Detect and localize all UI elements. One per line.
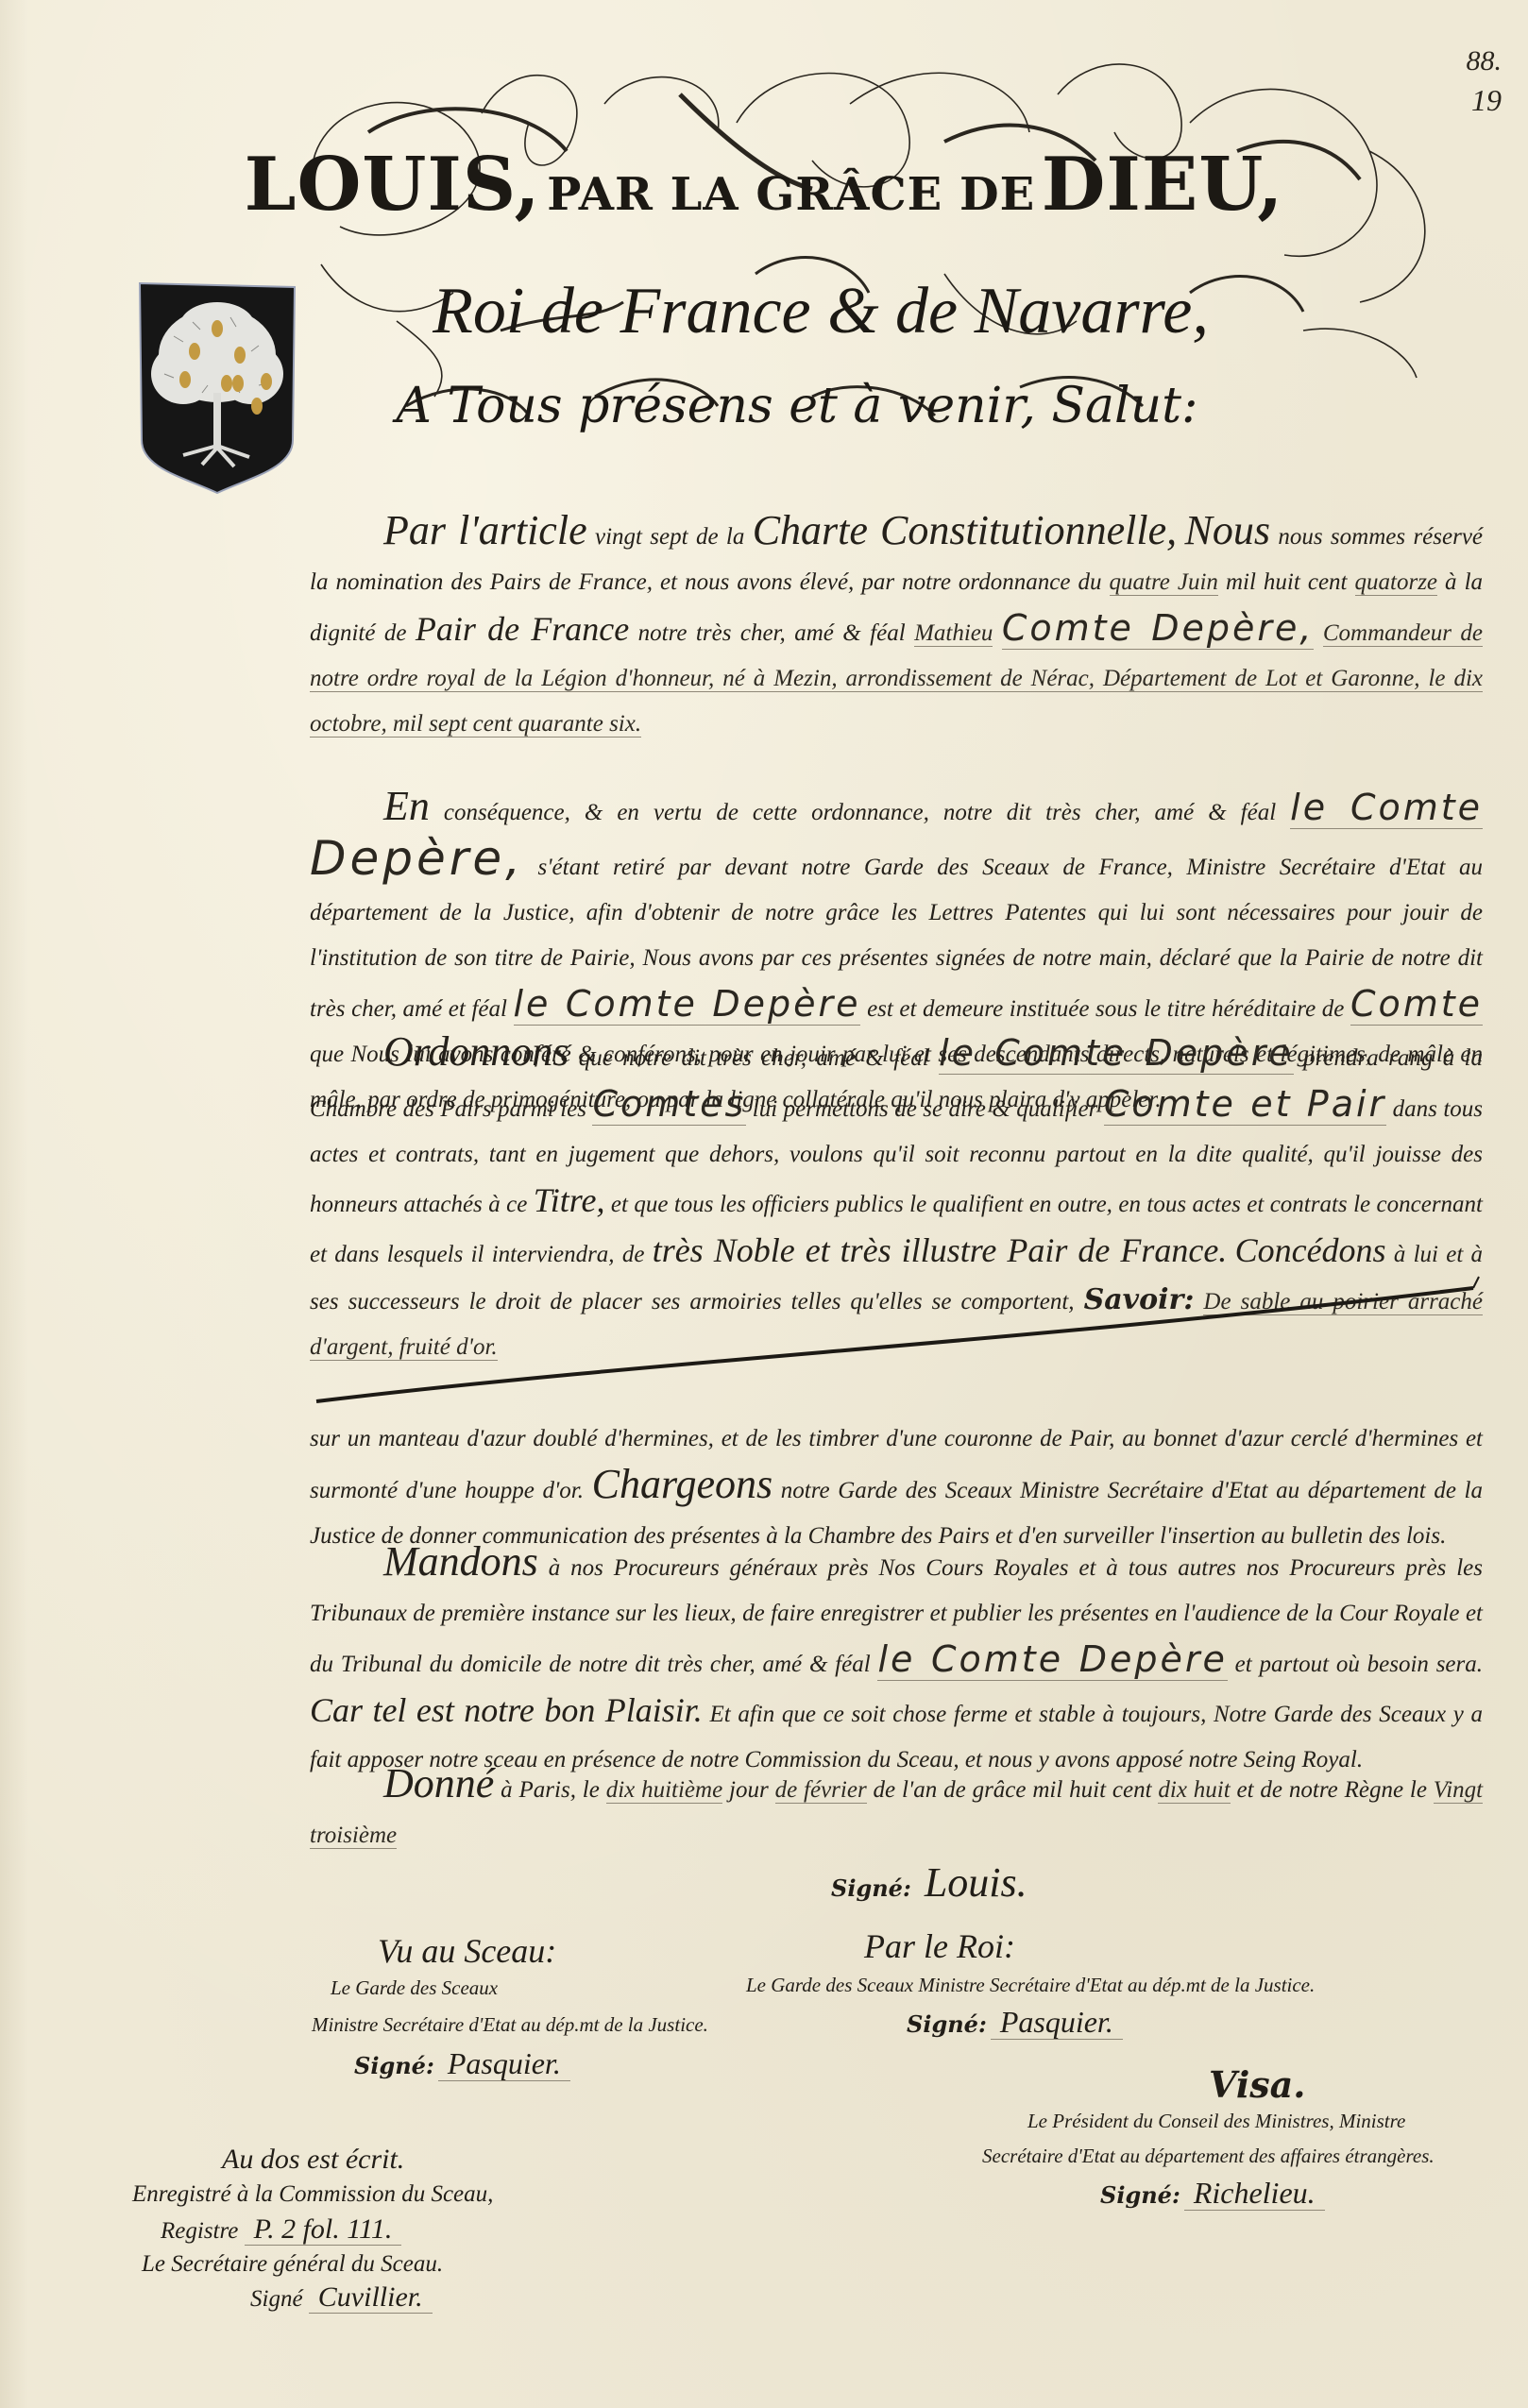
recipient-full-title: le Comte Depère bbox=[514, 983, 861, 1026]
title-dieu: DIEU, bbox=[1042, 142, 1284, 228]
lead-par-larticle: Par l'article bbox=[383, 507, 587, 553]
ordinance-date: quatre Juin bbox=[1110, 569, 1218, 596]
paragraph-donne: Donné à Paris, le dix huitième jour de f… bbox=[310, 1761, 1483, 1858]
recipient-name: Comte Depère, bbox=[1002, 607, 1315, 650]
hereditary-title: Comte bbox=[1350, 983, 1483, 1026]
paragraph-charter: Par l'article vingt sept de la Charte Co… bbox=[310, 508, 1483, 747]
richelieu-signature: Richelieu. bbox=[1184, 2176, 1325, 2211]
registre-reference: P. 2 fol. 111. bbox=[245, 2213, 402, 2246]
bon-plaisir: Car tel est notre bon Plaisir. bbox=[310, 1691, 703, 1729]
king-name: Louis. bbox=[915, 1859, 1037, 1906]
paragraph-ordonnons: Ordonnons que notre dit très cher, amé &… bbox=[310, 1029, 1483, 1370]
cuvillier-signature: Cuvillier. bbox=[309, 2281, 433, 2314]
coat-of-arms-pear-tree-icon bbox=[136, 280, 298, 497]
noble-title-phrase: très Noble et très illustre Pair de Fran… bbox=[653, 1231, 1228, 1269]
title-king-name: LOUIS, PAR LA GRÂCE DE DIEU, bbox=[0, 142, 1528, 228]
recipient-firstname: Mathieu bbox=[914, 620, 993, 647]
title-louis: LOUIS, bbox=[245, 142, 541, 228]
pasquier-signature: Pasquier. bbox=[438, 2046, 570, 2081]
charte-constitutionnelle: Charte Constitutionnelle, bbox=[753, 507, 1177, 553]
king-signature: Signé: Louis. bbox=[831, 1858, 1037, 1907]
registration-block: Au dos est écrit. Enregistré à la Commis… bbox=[132, 2144, 493, 2314]
vu-au-sceau-block: Vu au Sceau: Le Garde des Sceaux Ministr… bbox=[312, 1931, 708, 2081]
par-le-roi-block: Par le Roi: Le Garde des Sceaux Ministre… bbox=[746, 1926, 1315, 2040]
folio-primary: 88. bbox=[1467, 45, 1503, 77]
date-day: dix huitième bbox=[606, 1777, 722, 1804]
paragraph-mandons: Mandons à nos Procureurs généraux près N… bbox=[310, 1539, 1483, 1783]
date-year: dix huit bbox=[1158, 1777, 1230, 1804]
folio-secondary: 19 bbox=[1467, 83, 1503, 118]
pair-de-france: Pair de France bbox=[416, 610, 629, 648]
ordinance-year: quatorze bbox=[1355, 569, 1438, 596]
pasquier-signature-2: Pasquier. bbox=[991, 2005, 1123, 2040]
folio-number: 88. 19 bbox=[1467, 45, 1503, 118]
title-grace: PAR LA GRÂCE DE bbox=[547, 168, 1035, 221]
recipient-surname: Depère, bbox=[310, 831, 524, 886]
date-month: de février bbox=[775, 1777, 867, 1804]
visa-block: Visa. Le Président du Conseil des Minist… bbox=[982, 2063, 1435, 2211]
